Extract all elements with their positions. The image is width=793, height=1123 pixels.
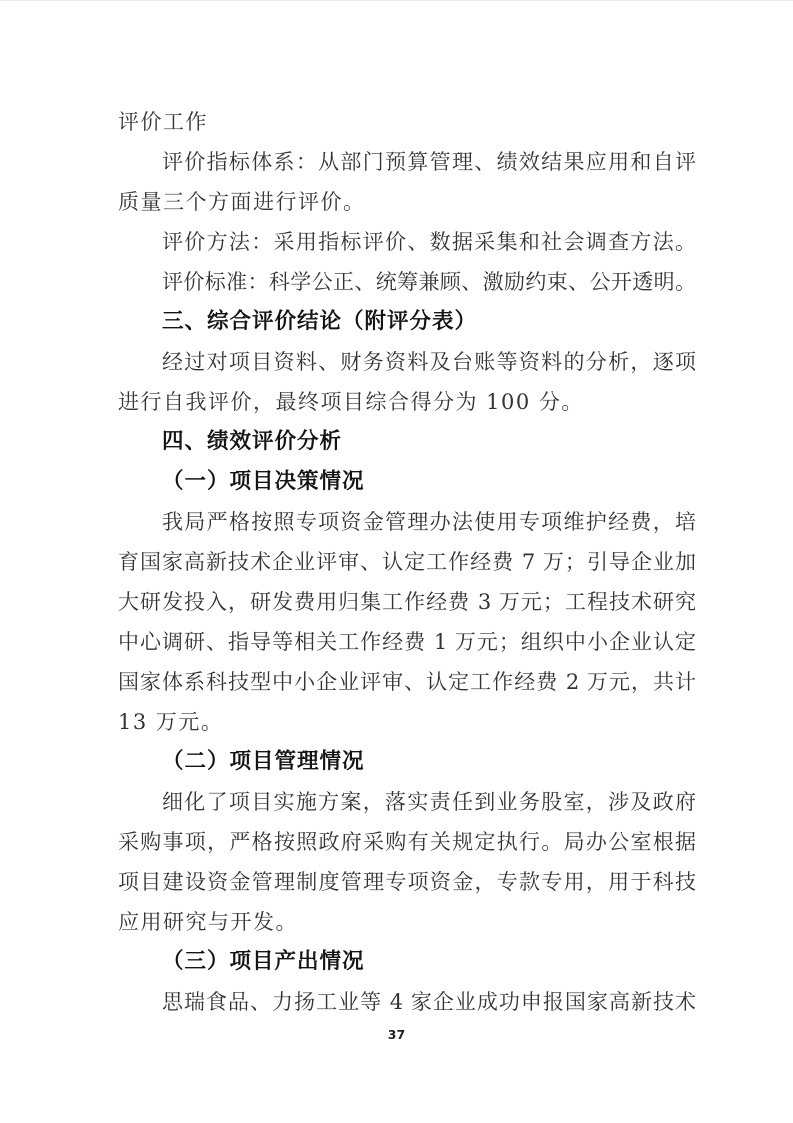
text-line: 思瑞食品、力扬工业等 4 家企业成功申报国家高新技术	[118, 982, 696, 1022]
text-line: 细化了项目实施方案，落实责任到业务股室，涉及政府	[118, 782, 696, 822]
text-line: 项目建设资金管理制度管理专项资金，专款专用，用于科技	[118, 862, 696, 902]
text-line: 评价方法：采用指标评价、数据采集和社会调查方法。	[118, 222, 696, 262]
text-line: 育国家高新技术企业评审、认定工作经费 7 万；引导企业加	[118, 542, 696, 582]
text-line: 采购事项，严格按照政府采购有关规定执行。局办公室根据	[118, 822, 696, 862]
subsection-heading: （三）项目产出情况	[118, 942, 696, 982]
page-number: 37	[0, 1027, 793, 1042]
document-page: 评价工作评价指标体系：从部门预算管理、绩效结果应用和自评质量三个方面进行评价。评…	[0, 0, 793, 1123]
text-line: 评价标准：科学公正、统筹兼顾、激励约束、公开透明。	[118, 262, 696, 302]
text-line: 国家体系科技型中小企业评审、认定工作经费 2 万元，共计	[118, 662, 696, 702]
text-line: 应用研究与开发。	[118, 902, 696, 942]
text-line: 评价工作	[118, 102, 696, 142]
text-line: 13 万元。	[118, 702, 696, 742]
text-line: 我局严格按照专项资金管理办法使用专项维护经费，培	[118, 502, 696, 542]
text-line: 质量三个方面进行评价。	[118, 182, 696, 222]
text-line: 经过对项目资料、财务资料及台账等资料的分析，逐项	[118, 342, 696, 382]
text-line: 进行自我评价，最终项目综合得分为 100 分。	[118, 382, 696, 422]
text-line: 大研发投入，研发费用归集工作经费 3 万元；工程技术研究	[118, 582, 696, 622]
section-heading: 三、综合评价结论（附评分表）	[118, 302, 696, 342]
section-heading: 四、绩效评价分析	[118, 422, 696, 462]
text-line: 评价指标体系：从部门预算管理、绩效结果应用和自评	[118, 142, 696, 182]
document-body: 评价工作评价指标体系：从部门预算管理、绩效结果应用和自评质量三个方面进行评价。评…	[118, 102, 696, 1022]
subsection-heading: （一）项目决策情况	[118, 462, 696, 502]
text-line: 中心调研、指导等相关工作经费 1 万元；组织中小企业认定	[118, 622, 696, 662]
subsection-heading: （二）项目管理情况	[118, 742, 696, 782]
